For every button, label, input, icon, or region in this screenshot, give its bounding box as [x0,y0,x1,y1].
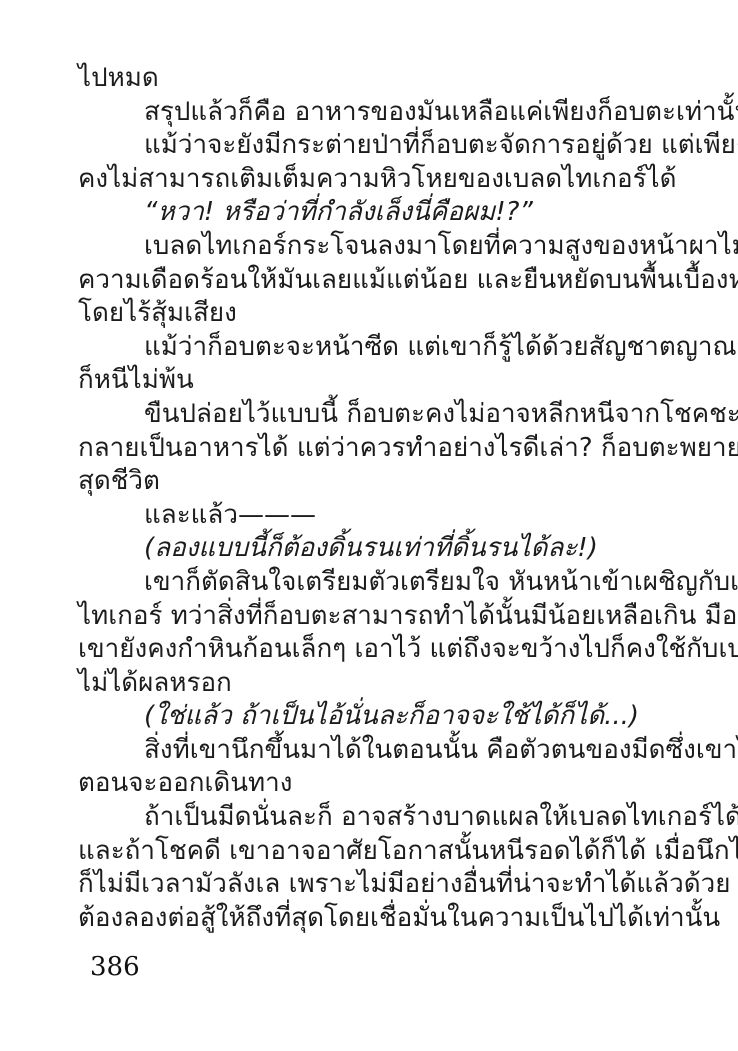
page-number: 386 [90,952,140,982]
book-page: ไปหมดสรุปแล้วก็คือ อาหารของมันเหลือแค่เพ… [0,0,738,1051]
text-line: คงไม่สามารถเติมเต็มความหิวโหยของเบลดไทเก… [78,163,664,197]
text-line: และถ้าโชคดี เขาอาจอาศัยโอกาสนั้นหนีรอดได… [78,835,664,869]
text-line: เขาก็ตัดสินใจเตรียมตัวเตรียมใจ หันหน้าเข… [78,566,664,600]
page-text: ไปหมดสรุปแล้วก็คือ อาหารของมันเหลือแค่เพ… [78,62,664,935]
text-line: เขายังคงกำหินก้อนเล็กๆ เอาไว้ แต่ถึงจะขว… [78,633,664,667]
text-line: ขืนปล่อยไว้แบบนี้ ก็อบตะคงไม่อาจหลีกหนีจ… [78,398,664,432]
text-line: แม้ว่าก็อบตะจะหน้าซีด แต่เขาก็รู้ได้ด้วย… [78,331,664,365]
text-line: (ใช่แล้ว ถ้าเป็นไอ้นั่นละก็อาจจะใช้ได้ก็… [78,700,664,734]
text-line: ไปหมด [78,62,664,96]
text-line: ไทเกอร์ ทว่าสิ่งที่ก็อบตะสามารถทำได้นั้น… [78,600,664,634]
text-line: เบลดไทเกอร์กระโจนลงมาโดยที่ความสูงของหน้… [78,230,664,264]
text-line: แม้ว่าจะยังมีกระต่ายป่าที่ก็อบตะจัดการอย… [78,129,664,163]
text-line: “หวา! หรือว่าที่กำลังเล็งนี่คือผม!?” [78,196,664,230]
text-line: ไม่ได้ผลหรอก [78,667,664,701]
text-line: สรุปแล้วก็คือ อาหารของมันเหลือแค่เพียงก็… [78,96,664,130]
text-line: ต้องลองต่อสู้ให้ถึงที่สุดโดยเชื่อมั่นในค… [78,902,664,936]
text-line: กลายเป็นอาหารได้ แต่ว่าควรทำอย่างไรดีเล่… [78,432,664,466]
text-line: สุดชีวิต [78,465,664,499]
text-line: ถ้าเป็นมีดนั่นละก็ อาจสร้างบาดแผลให้เบลด… [78,801,664,835]
text-line: สิ่งที่เขานึกขึ้นมาได้ในตอนนั้น คือตัวตน… [78,734,664,768]
text-line: ตอนจะออกเดินทาง [78,767,664,801]
text-line: ก็หนีไม่พ้น [78,364,664,398]
text-line: โดยไร้สุ้มเสียง [78,297,664,331]
text-line: ก็ไม่มีเวลามัวลังเล เพราะไม่มีอย่างอื่นท… [78,868,664,902]
text-line: ความเดือดร้อนให้มันเลยแม้แต่น้อย และยืนห… [78,264,664,298]
text-line: และแล้ว——— [78,499,664,533]
text-line: (ลองแบบนี้ก็ต้องดิ้นรนเท่าที่ดิ้นรนได้ละ… [78,532,664,566]
